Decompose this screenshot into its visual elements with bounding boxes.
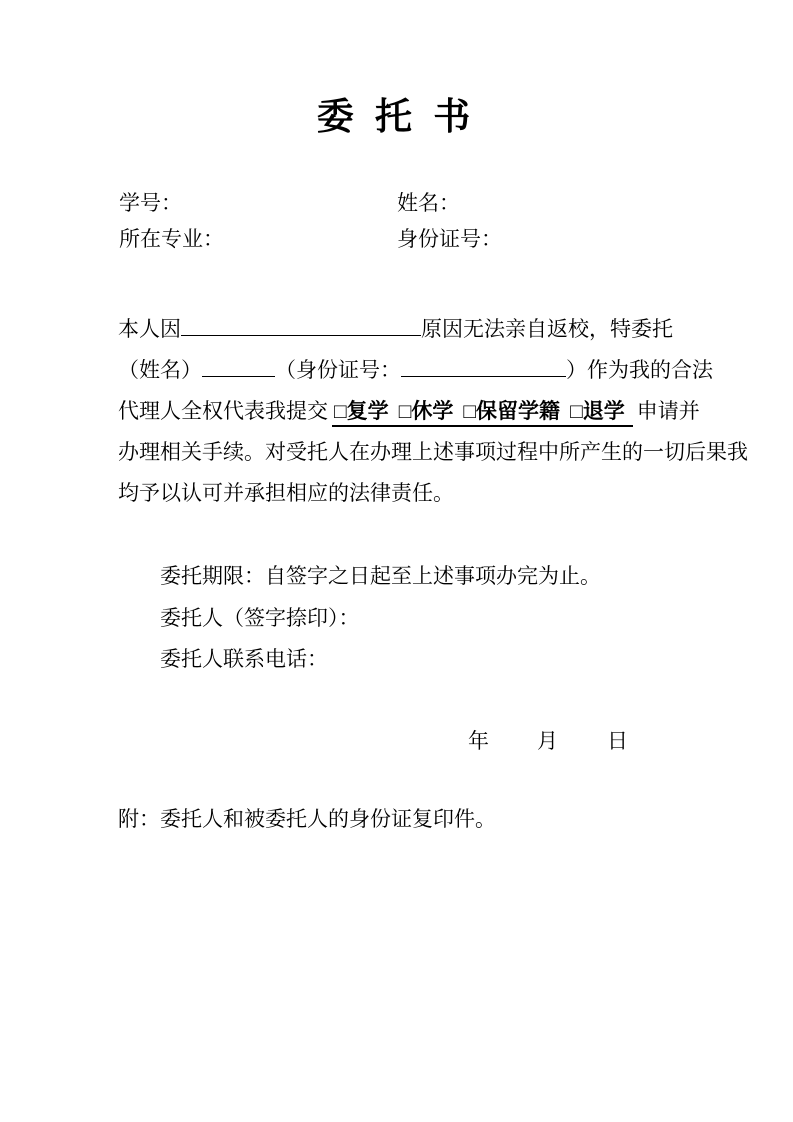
para-line-4: 办理相关手续。对受托人在办理上述事项过程中所产生的一切后果我 — [118, 437, 718, 467]
date-month-label: 月 — [537, 726, 558, 756]
para-line-1-post: 原因无法亲自返校，特委托 — [421, 317, 673, 341]
para-line-1-pre: 本人因 — [118, 317, 181, 341]
para-line-2-post: ）作为我的合法 — [566, 358, 713, 382]
para-line-3-pre: 代理人全权代表我提交 — [118, 399, 328, 423]
option-retain-enrollment: □保留学籍 — [463, 399, 560, 423]
para-line-2: （姓名）（身份证号：）作为我的合法 — [118, 355, 718, 385]
option-withdraw: □退学 — [570, 399, 625, 423]
agent-id-label: （身份证号： — [275, 358, 401, 382]
student-id-label: 学号： — [119, 188, 182, 218]
entrust-signature-line: 委托人（签字捺印）： — [160, 603, 360, 633]
agent-name-blank-line — [202, 355, 275, 377]
document-title: 委 托 书 — [0, 97, 793, 139]
major-label: 所在专业： — [119, 224, 224, 254]
para-line-3: 代理人全权代表我提交□复学□休学□保留学籍□退学申请并 — [118, 396, 718, 427]
reason-blank-line — [181, 314, 421, 336]
id-number-label: 身份证号： — [397, 224, 502, 254]
entrust-period-line: 委托期限：自签字之日起至上述事项办完为止。 — [160, 561, 601, 591]
option-resume-study: □复学 — [334, 399, 389, 423]
entrust-phone-line: 委托人联系电话： — [160, 644, 328, 674]
para-line-5: 均予以认可并承担相应的法律责任。 — [118, 478, 718, 508]
option-suspend-study: □休学 — [399, 399, 454, 423]
para-line-3-post: 申请并 — [637, 399, 700, 423]
name-label: 姓名： — [397, 188, 460, 218]
agent-id-blank-line — [401, 355, 566, 377]
para-line-1: 本人因原因无法亲自返校，特委托 — [118, 314, 718, 344]
date-year-label: 年 — [468, 726, 489, 756]
document-page: 委 托 书 学号： 姓名： 所在专业： 身份证号： 本人因原因无法亲自返校，特委… — [0, 0, 793, 1122]
date-day-label: 日 — [607, 726, 628, 756]
attachment-note: 附：委托人和被委托人的身份证复印件。 — [118, 804, 496, 834]
agent-name-label: （姓名） — [118, 358, 202, 382]
checkbox-options-group: □复学□休学□保留学籍□退学 — [332, 398, 633, 427]
